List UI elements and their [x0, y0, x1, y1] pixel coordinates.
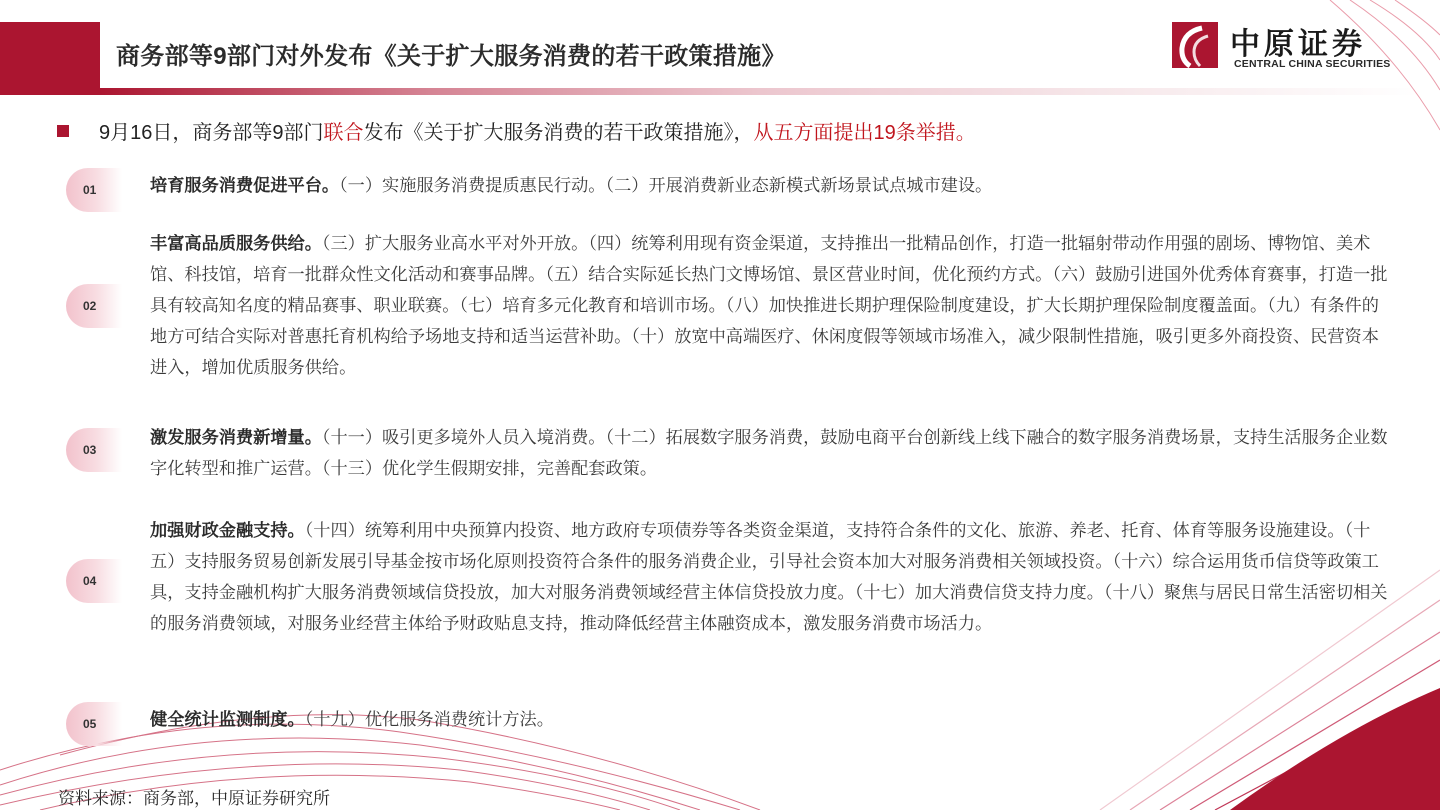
lead-highlight-joint: 联合	[324, 116, 364, 145]
item-text: （十九）优化服务消费统计方法。	[305, 709, 554, 729]
item-text: （三）扩大服务业高水平对外开放。（四）统筹利用现有资金渠道，支持推出一批精品创作…	[150, 233, 1388, 377]
logo-english-name: CENTRAL CHINA SECURITIES	[1234, 58, 1390, 70]
page-title: 商务部等9部门对外发布《关于扩大服务消费的若干政策措施》	[116, 36, 786, 71]
central-china-securities-logo-icon	[1172, 22, 1218, 68]
item-number-badge: 05	[66, 702, 122, 746]
item-number-badge: 02	[66, 284, 122, 328]
logo: 中原证券 CENTRAL CHINA SECURITIES	[1172, 22, 1404, 70]
item-heading: 激发服务消费新增量。	[150, 427, 322, 447]
item-heading: 丰富高品质服务供给。	[150, 233, 322, 253]
header-accent-block	[0, 22, 100, 95]
header-divider	[100, 88, 1420, 95]
item-heading: 培育服务消费促进平台。	[150, 175, 339, 195]
item-body: 激发服务消费新增量。（十一）吸引更多境外人员入境消费。（十二）拓展数字服务消费，…	[150, 422, 1395, 484]
item-body: 丰富高品质服务供给。（三）扩大服务业高水平对外开放。（四）统筹利用现有资金渠道，…	[150, 228, 1395, 383]
source-note: 资料来源：商务部，中原证券研究所	[58, 784, 330, 809]
logo-chinese-name: 中原证券	[1230, 19, 1366, 63]
item-heading: 加强财政金融支持。	[150, 520, 305, 540]
item-number-badge: 01	[66, 168, 122, 212]
item-body: 培育服务消费促进平台。（一）实施服务消费提质惠民行动。（二）开展消费新业态新模式…	[150, 170, 1395, 201]
lead-text-period: 。	[956, 116, 976, 145]
lead-highlight-measures: 从五方面提出19条举措	[754, 116, 956, 145]
lead-summary: 9月16日，商务部等9部门 联合 发布《关于扩大服务消费的若干政策措施》， 从五…	[57, 116, 976, 145]
item-text: （一）实施服务消费提质惠民行动。（二）开展消费新业态新模式新场景试点城市建设。	[339, 175, 992, 195]
item-number-badge: 03	[66, 428, 122, 472]
lead-text-part1: 9月16日，商务部等9部门	[99, 116, 324, 145]
item-text: （十一）吸引更多境外人员入境消费。（十二）拓展数字服务消费，鼓励电商平台创新线上…	[150, 427, 1388, 478]
item-heading: 健全统计监测制度。	[150, 709, 305, 729]
item-text: （十四）统筹利用中央预算内投资、地方政府专项债券等各类资金渠道，支持符合条件的文…	[150, 520, 1388, 633]
lead-text-part2: 发布《关于扩大服务消费的若干政策措施》，	[364, 116, 754, 145]
item-number-badge: 04	[66, 559, 122, 603]
item-body: 加强财政金融支持。（十四）统筹利用中央预算内投资、地方政府专项债券等各类资金渠道…	[150, 515, 1395, 639]
item-body: 健全统计监测制度。（十九）优化服务消费统计方法。	[150, 704, 1395, 735]
bullet-square-icon	[57, 125, 69, 137]
